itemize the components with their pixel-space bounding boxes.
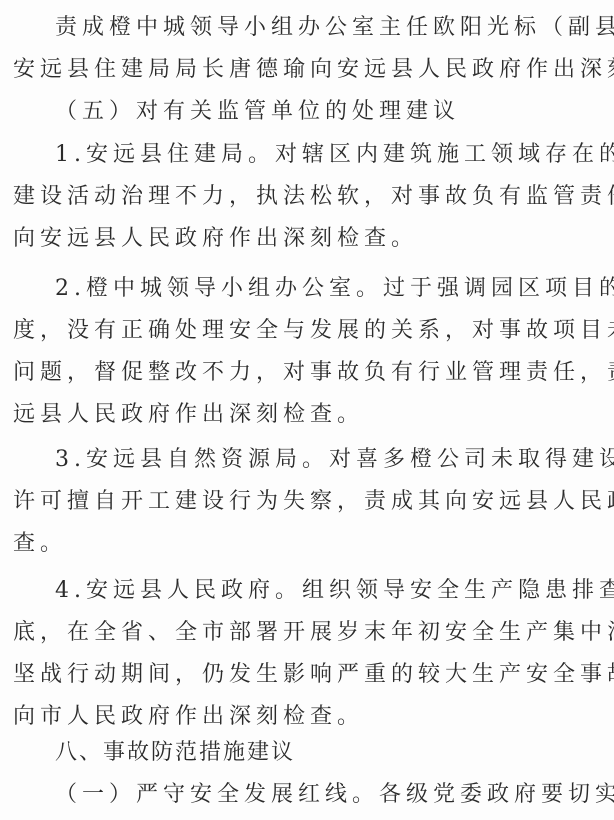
item-4-line: 底，在全省、全市部署开展岁末年初安全生产集中治理百日攻 bbox=[13, 618, 614, 648]
item-2-line: 远县人民政府作出深刻检查。 bbox=[13, 400, 364, 430]
subheading-supervision-units: （五）对有关监管单位的处理建议 bbox=[55, 97, 460, 127]
item-1-line: 1.安远县住建局。对辖区内建筑施工领域存在的非法违法 bbox=[55, 140, 614, 170]
section-heading-prevention-measures: 八、事故防范措施建议 bbox=[55, 738, 295, 768]
item-3-line: 查。 bbox=[13, 529, 67, 559]
item-1-line: 向安远县人民政府作出深刻检查。 bbox=[13, 224, 418, 254]
item-3-line: 3.安远县自然资源局。对喜多橙公司未取得建设工程规划 bbox=[55, 445, 614, 475]
paragraph-line: 责成橙中城领导小组办公室主任欧阳光标（副县级干部）、 bbox=[55, 13, 614, 43]
item-2-line: 度，没有正确处理安全与发展的关系，对事故项目未批先建等 bbox=[13, 316, 614, 346]
paragraph-line: 安远县住建局局长唐德瑜向安远县人民政府作出深刻检查。 bbox=[13, 55, 614, 85]
item-2-line: 2.橙中城领导小组办公室。过于强调园区项目的工期、进 bbox=[55, 274, 614, 304]
document-page: 责成橙中城领导小组办公室主任欧阳光标（副县级干部）、 安远县住建局局长唐德瑜向安… bbox=[0, 0, 614, 820]
item-4-line: 4.安远县人民政府。组织领导安全生产隐患排查治理不彻 bbox=[55, 576, 614, 606]
item-3-line: 许可擅自开工建设行为失察，责成其向安远县人民政府作出检 bbox=[13, 487, 614, 517]
subheading-safety-redline: （一）严守安全发展红线。各级党委政府要切实树牢安全 bbox=[55, 780, 614, 810]
item-4-line: 坚战行动期间，仍发生影响严重的较大生产安全事故，责成其 bbox=[13, 660, 614, 690]
item-1-line: 建设活动治理不力，执法松软，对事故负有监管责任，责成其 bbox=[13, 182, 614, 212]
item-2-line: 问题，督促整改不力，对事故负有行业管理责任，责成其向安 bbox=[13, 358, 614, 388]
item-4-line: 向市人民政府作出深刻检查。 bbox=[13, 702, 364, 732]
